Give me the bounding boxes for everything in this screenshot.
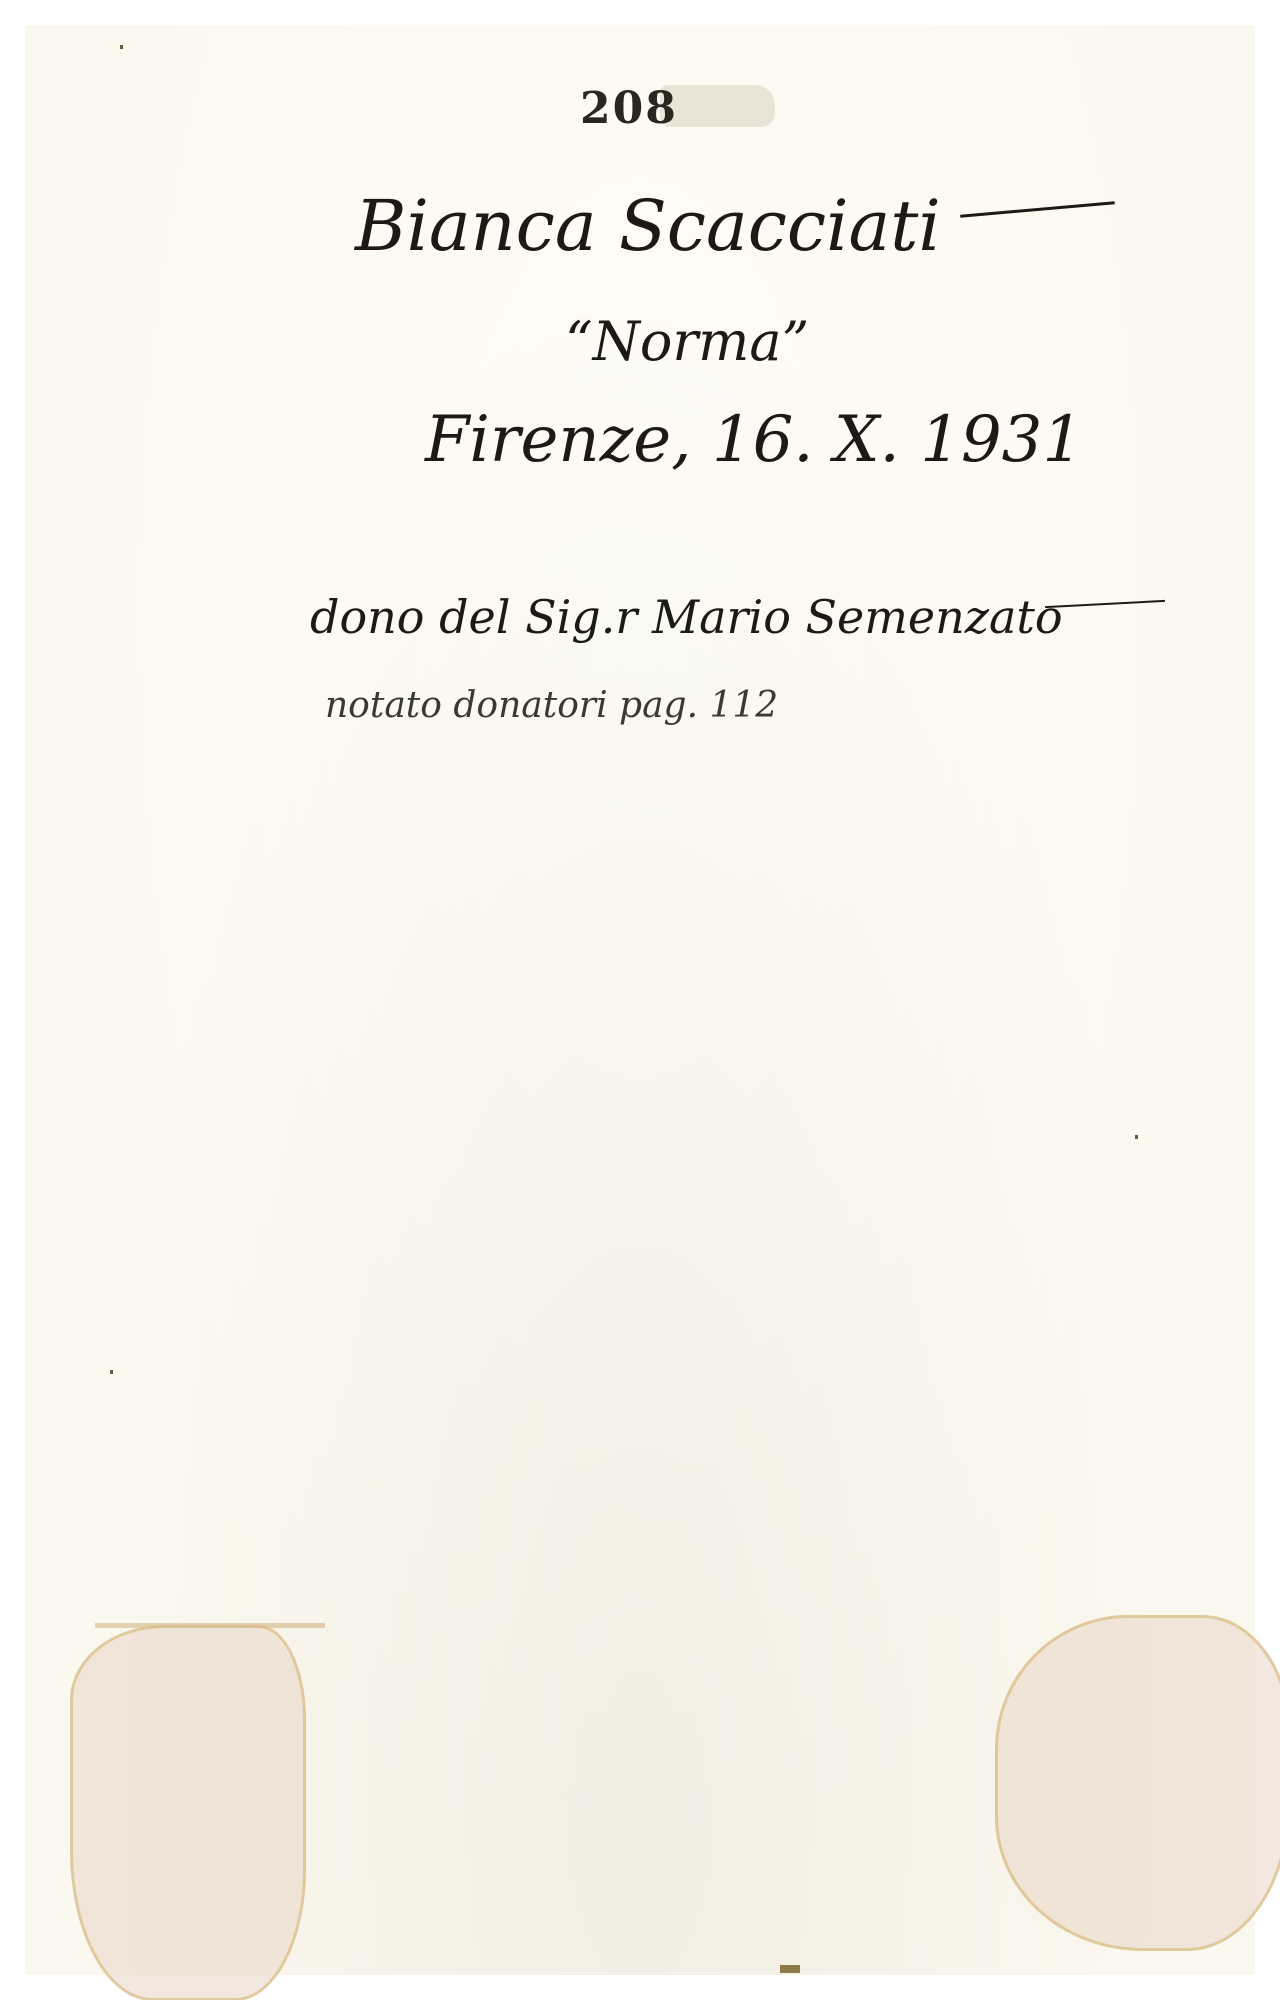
handwritten-registry-note: notato donatori pag. 112 <box>325 685 778 726</box>
handwritten-place-date: Firenze, 16. X. 1931 <box>425 403 1083 477</box>
speck <box>780 1965 800 1973</box>
flourish-line <box>1045 600 1165 608</box>
handwritten-name: Bianca Scacciati <box>355 185 941 267</box>
photo-card-verso: 208 Bianca Scacciati “Norma” Firenze, 16… <box>25 25 1255 1975</box>
glue-stain-left <box>70 1625 306 2000</box>
glue-stain-right <box>995 1615 1280 1951</box>
flourish-line <box>960 201 1115 217</box>
handwritten-role: “Norma” <box>565 310 809 373</box>
speck <box>120 45 123 49</box>
speck <box>110 1370 113 1374</box>
handwritten-donation: dono del Sig.r Mario Semenzato <box>310 590 1063 644</box>
speck <box>1135 1135 1138 1139</box>
stamp-number: 208 <box>580 83 678 134</box>
